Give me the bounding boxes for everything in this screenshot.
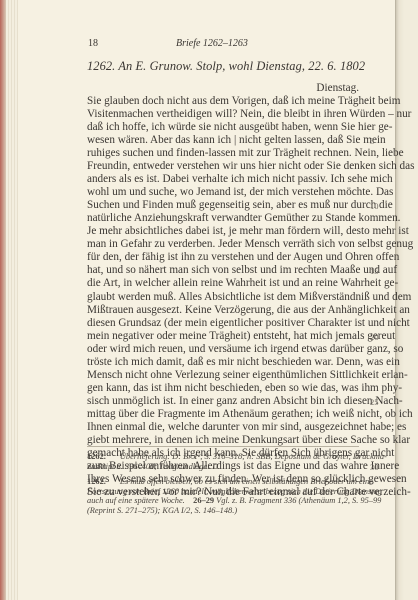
note-line: 1262.Überlieferung: D: Br 1², S. 316–318…: [87, 452, 359, 462]
line-number: 30: [370, 461, 379, 474]
text-line-content: wesen wären. Aber das kann ich | nicht g…: [87, 134, 386, 146]
letter-body: Dienstag. Sie glauben doch nicht aus dem…: [87, 82, 359, 499]
apparatus-notes: 1262.Überlieferung: D: Br 1², S. 316–318…: [87, 452, 359, 522]
text-line: Freundin, entweder verstehen wir uns hie…: [87, 160, 359, 173]
text-line: natürliche Anziehungskraft verwandter Ge…: [87, 212, 359, 225]
text-line: Visitenmachen vertheidigen will? Nein, d…: [87, 108, 359, 121]
text-line: man in Gefahr zu verderben. Jeder Mensch…: [87, 238, 359, 251]
text-line: Ihnen einmal die, welche darunter von mi…: [87, 421, 359, 434]
line-reference: 26–29: [193, 496, 214, 505]
note-text: Es muß offen bleiben, ob es sich um eine…: [120, 477, 373, 486]
text-line-content: Suchen und Finden muß gegenseitig sein, …: [87, 199, 393, 211]
text-line: giebt mehrere, in denen ich meine Denkun…: [87, 434, 359, 447]
text-line: gen kann, das ist ihm nicht beschieden, …: [87, 382, 359, 395]
transmission-note: 1262.Überlieferung: D: Br 1², S. 316–318…: [87, 452, 359, 471]
footnote-rule: [87, 446, 359, 447]
line-number: 20: [370, 331, 379, 344]
letter-title: 1262. An E. Grunow. Stolp, wohl Dienstag…: [87, 59, 365, 74]
text-line: Je mehr absichtliches dabei ist, je mehr…: [87, 225, 359, 238]
text-line-content: hat, und so nähert man sich von selbst u…: [87, 264, 397, 276]
commentary-note: 1262.Es muß offen bleiben, ob es sich um…: [87, 477, 359, 515]
text-line: mittag über die Fragmente im Athenäum ge…: [87, 408, 359, 421]
text-line: Mensch nicht ohne Verlezung seiner eigen…: [87, 369, 359, 382]
text-line: daß ich hoffe, ich würde sie nicht ausge…: [87, 121, 359, 134]
dateline: Dienstag.: [87, 82, 359, 95]
text-line: sisch unmöglich ist. In einer ganz andre…: [87, 395, 359, 408]
text-line: glaubt werden muß. Alles Absichtliche is…: [87, 291, 359, 304]
note-text: Überlieferung: D: Br 1², S. 316–318; h: …: [120, 452, 387, 461]
note-line: (Reprint S. 271–275); KGA I/2, S. 146–14…: [87, 506, 359, 516]
text-line: tröste ich mich damit, daß es mir nicht …: [87, 356, 359, 369]
text-line: anders als es ist. Dabei verhalte ich mi…: [87, 173, 359, 186]
text-line-content: sisch unmöglich ist. In einer ganz andre…: [87, 395, 403, 407]
note-text: Vgl. z. B. Fragment 336 (Athenäum 1,2, S…: [216, 496, 381, 505]
note-number: 1262.: [87, 452, 106, 461]
text-line: Sie glauben doch nicht aus dem Vorigen, …: [87, 95, 359, 108]
text-line: hat, und so nähert man sich von selbst u…: [87, 264, 359, 277]
text-line: ruhiges suchen und finden-lassen mit zur…: [87, 147, 359, 160]
text-line: für den, der fähig ist ihn zu verstehen …: [87, 251, 359, 264]
note-line: Fortsetzung von Brief 1260 handelt; mögl…: [87, 487, 359, 497]
text-line: die Art, in welcher allein reine Wahrhei…: [87, 277, 359, 290]
text-line: Mißtrauen ausgesezt. Keine Verzögerung, …: [87, 304, 359, 317]
text-line: Suchen und Finden muß gegenseitig sein, …: [87, 199, 359, 212]
running-head: Briefe 1262–1263: [176, 38, 248, 49]
page-stack-edge: [6, 0, 18, 600]
note-line: auch auf eine spätere Woche. 26–29 Vgl. …: [87, 496, 359, 506]
text-line: diesen Grundsaz (der mein eigentlicher p…: [87, 317, 359, 330]
note-line: nuskript S. 396–400; Textgrundlage: D: [87, 462, 359, 472]
note-number: 1262.: [87, 477, 106, 486]
text-line: wesen wären. Aber das kann ich | nicht g…: [87, 134, 359, 147]
text-line-content: mein negativer oder meine Trägheit) ents…: [87, 330, 395, 342]
note-text: auch auf eine spätere Woche.: [87, 496, 185, 505]
line-number: 25: [370, 396, 379, 409]
text-line: mein negativer oder meine Trägheit) ents…: [87, 330, 359, 343]
note-line: 1262.Es muß offen bleiben, ob es sich um…: [87, 477, 359, 487]
text-line: oder wird mich reuen, und versäume ich i…: [87, 343, 359, 356]
text-line: wohl um und suche, wo Jemand ist, der mi…: [87, 186, 359, 199]
page-number: 18: [88, 38, 98, 49]
